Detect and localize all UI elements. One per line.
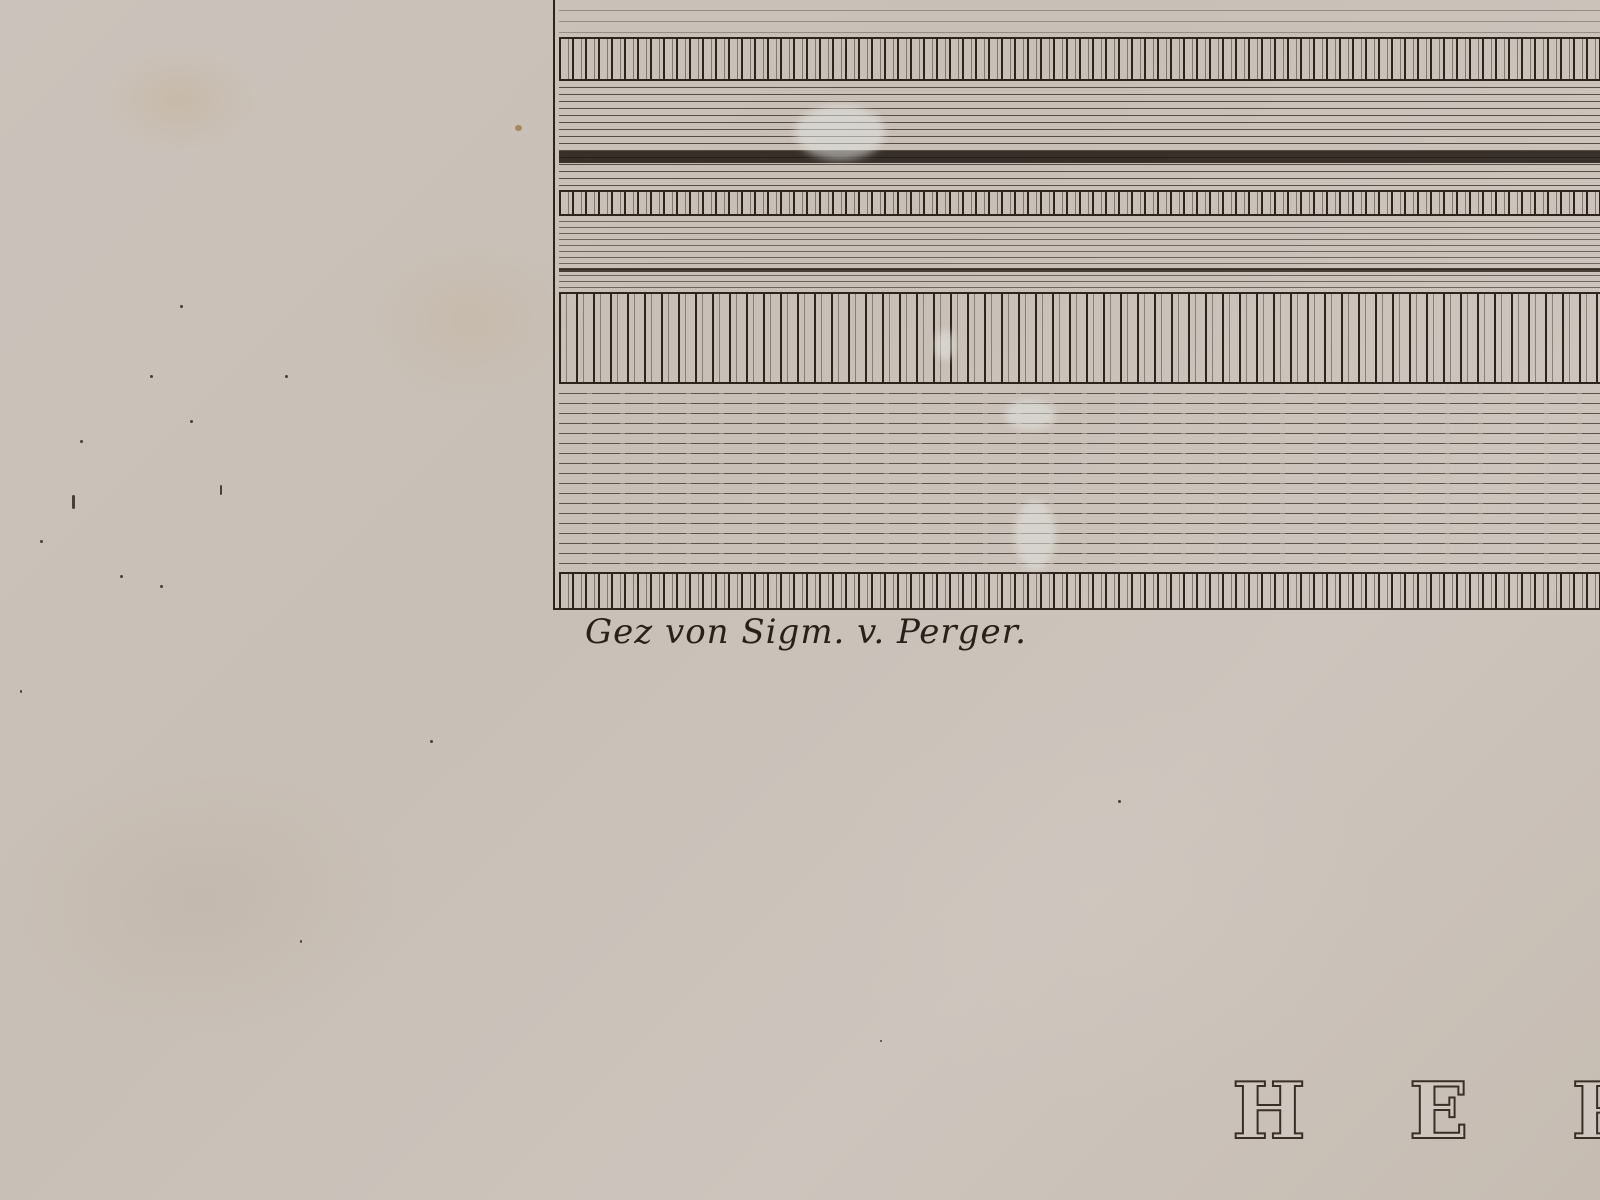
wear-spot xyxy=(935,330,955,360)
paper-speck xyxy=(1118,800,1121,803)
paper-speck xyxy=(220,485,222,495)
paper-speck xyxy=(20,690,22,693)
wear-spot xyxy=(795,105,885,160)
paper-speck xyxy=(515,125,522,131)
engraving-dashed-hatch-field xyxy=(559,384,1600,570)
wear-spot xyxy=(1015,500,1055,570)
engraving-hatched-moulding xyxy=(559,81,1600,188)
engraver-signature: Gez von Sigm. v. Perger. xyxy=(585,612,1027,652)
paper-speck xyxy=(880,1040,882,1042)
wear-spot xyxy=(1005,400,1055,430)
engraving-dentil-row-middle xyxy=(559,190,1600,216)
paper-speck xyxy=(72,495,75,509)
paper-speck xyxy=(300,940,302,943)
plate-title-partial: H E R xyxy=(1232,1066,1600,1157)
paper-speck xyxy=(190,420,193,423)
engraving-ruled-band-tall xyxy=(559,292,1600,384)
paper-speck xyxy=(80,440,83,443)
engraving-plate xyxy=(553,0,1600,610)
engraving-dentil-row-upper xyxy=(559,37,1600,81)
paper-speck xyxy=(40,540,43,543)
paper-speck xyxy=(180,305,183,308)
paper-speck xyxy=(150,375,153,378)
paper-speck xyxy=(285,375,288,378)
paper-speck xyxy=(430,740,433,743)
paper-speck xyxy=(120,575,123,578)
engraving-top-strip xyxy=(559,0,1600,36)
engraving-dentil-row-bottom xyxy=(559,572,1600,610)
engraving-hatched-band xyxy=(559,216,1600,288)
paper-speck xyxy=(160,585,163,588)
